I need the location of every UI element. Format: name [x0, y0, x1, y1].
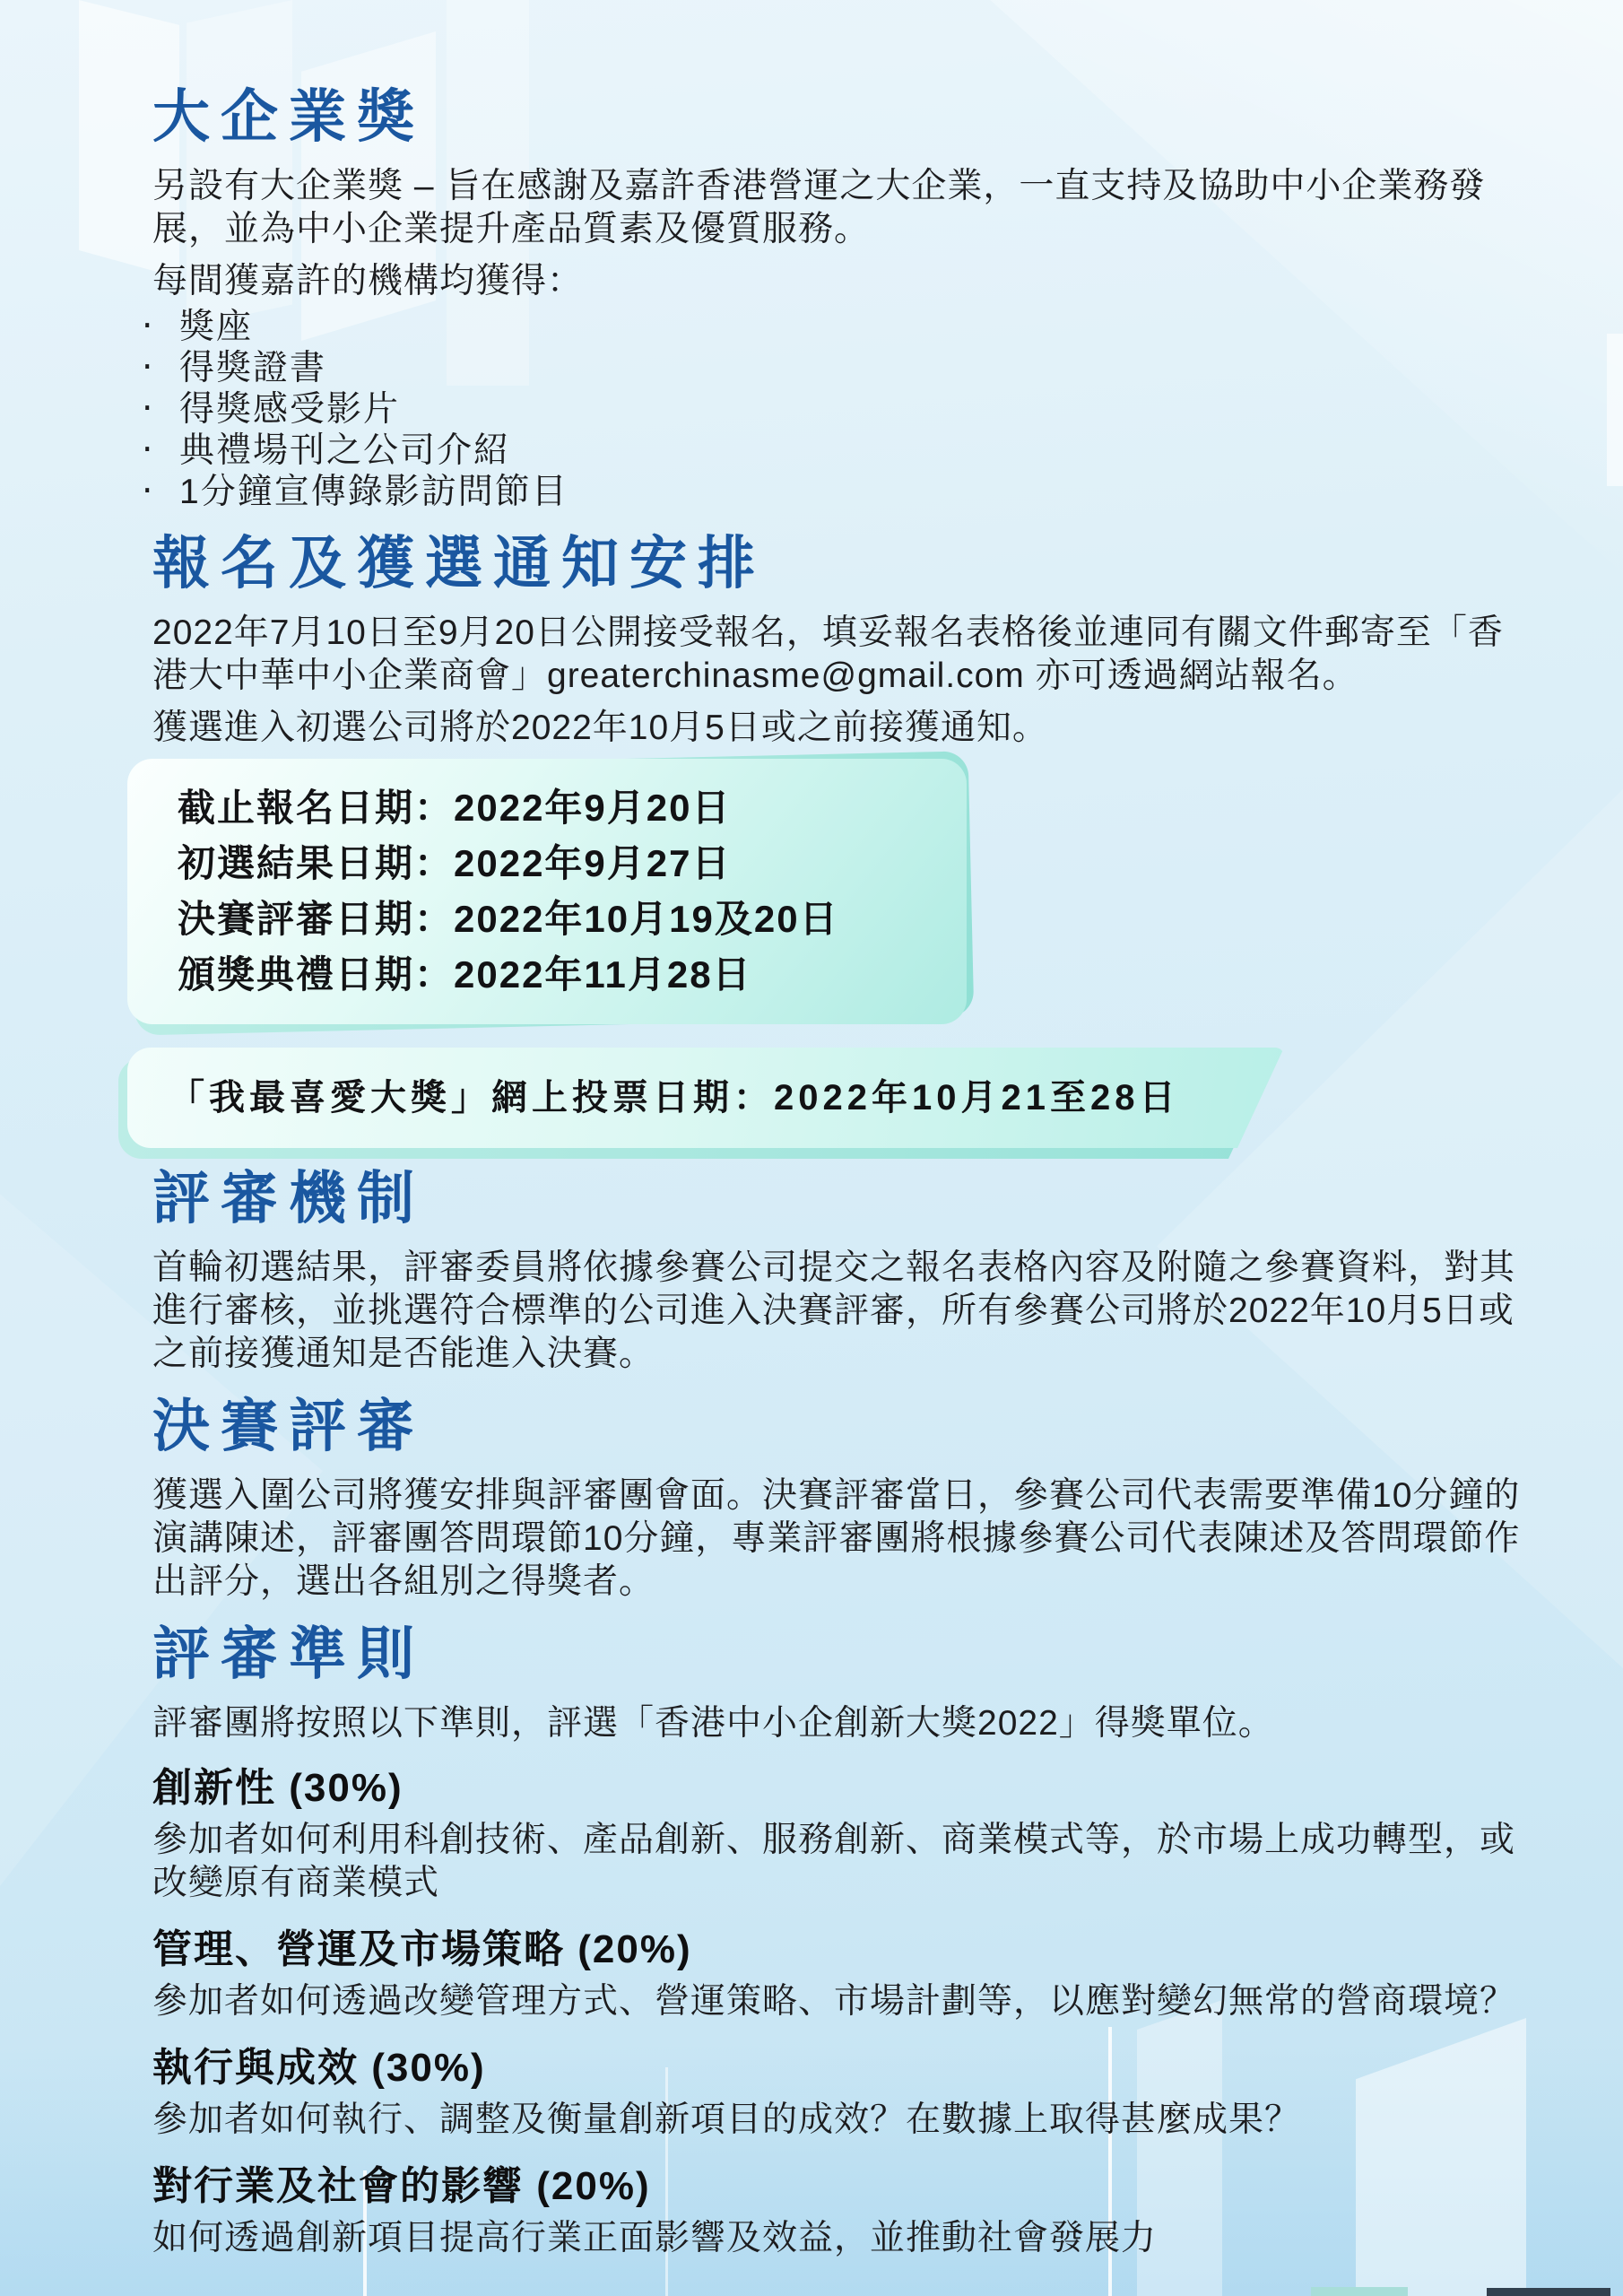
key-date-row: 截止報名日期：2022年9月20日	[178, 780, 967, 836]
key-dates-card: 截止報名日期：2022年9月20日 初選結果日期：2022年9月27日 決賽評審…	[127, 759, 967, 1024]
final-judging-paragraph: 獲選入圍公司將獲安排與評審團會面。決賽評審當日，參賽公司代表需要準備10分鐘的演…	[152, 1474, 1533, 1604]
section-title-large-enterprise-award: 大企業獎	[152, 86, 1533, 149]
benefit-item: 1分鐘宣傳錄影訪問節目	[140, 472, 1533, 513]
application-paragraph-1: 2022年7月10日至9月20日公開接受報名，填妥報名表格後並連同有關文件郵寄至…	[152, 612, 1533, 698]
benefit-item: 獎座	[140, 307, 1533, 348]
benefits-list-intro: 每間獲嘉許的機構均獲得：	[152, 260, 1533, 303]
criterion-industry-social-impact: 對行業及社會的影響 (20%) 如何透過創新項目提高行業正面影響及效益，並推動社…	[152, 2165, 1533, 2260]
flyer-content: 大企業獎 另設有大企業獎 – 旨在感謝及嘉許香港營運之大企業，一直支持及協助中小…	[0, 0, 1623, 2260]
voting-date-text: 「我最喜愛大獎」網上投票日期：2022年10月21至28日	[169, 1048, 1179, 1148]
benefit-item: 得獎感受影片	[140, 389, 1533, 430]
criterion-innovation: 創新性 (30%) 參加者如何利用科創技術、產品創新、服務創新、商業模式等，於市…	[152, 1767, 1533, 1905]
criterion-heading: 管理、營運及市場策略 (20%)	[152, 1928, 1533, 1971]
voting-date-banner: 「我最喜愛大獎」網上投票日期：2022年10月21至28日	[127, 1048, 1284, 1148]
criteria-intro: 評審團將按照以下準則，評選「香港中小企創新大獎2022」得獎單位。	[152, 1702, 1533, 1745]
benefits-list: 獎座 得獎證書 得獎感受影片 典禮場刊之公司介紹 1分鐘宣傳錄影訪問節目	[140, 307, 1533, 513]
section-title-judging-mechanism: 評審機制	[152, 1168, 1533, 1231]
section-title-application: 報名及獲選通知安排	[152, 533, 1533, 596]
criterion-execution-results: 執行與成效 (30%) 參加者如何執行、調整及衡量創新項目的成效？在數據上取得甚…	[152, 2047, 1533, 2142]
large-enterprise-intro: 另設有大企業獎 – 旨在感謝及嘉許香港營運之大企業，一直支持及協助中小企業務發展…	[152, 165, 1533, 251]
criterion-description: 參加者如何透過改變管理方式、營運策略、市場計劃等，以應對變幻無常的營商環境？	[152, 1980, 1533, 2023]
key-date-row: 決賽評審日期：2022年10月19及20日	[178, 891, 967, 947]
corner-square-teal	[1311, 2287, 1408, 2296]
benefit-item: 得獎證書	[140, 348, 1533, 389]
application-paragraph-2: 獲選進入初選公司將於2022年10月5日或之前接獲通知。	[152, 707, 1533, 750]
criterion-heading: 執行與成效 (30%)	[152, 2047, 1533, 2090]
corner-square-dark	[1487, 2288, 1610, 2296]
benefit-item: 典禮場刊之公司介紹	[140, 430, 1533, 472]
key-date-row: 初選結果日期：2022年9月27日	[178, 836, 967, 891]
criterion-management-strategy: 管理、營運及市場策略 (20%) 參加者如何透過改變管理方式、營運策略、市場計劃…	[152, 1928, 1533, 2023]
key-date-row: 頒獎典禮日期：2022年11月28日	[178, 947, 967, 1003]
criterion-heading: 創新性 (30%)	[152, 1767, 1533, 1810]
criterion-description: 如何透過創新項目提高行業正面影響及效益，並推動社會發展力	[152, 2217, 1533, 2260]
flyer-page: 大企業獎 另設有大企業獎 – 旨在感謝及嘉許香港營運之大企業，一直支持及協助中小…	[0, 0, 1623, 2296]
judging-mechanism-paragraph: 首輪初選結果，評審委員將依據參賽公司提交之報名表格內容及附隨之參賽資料，對其進行…	[152, 1247, 1533, 1376]
criterion-description: 參加者如何執行、調整及衡量創新項目的成效？在數據上取得甚麼成果？	[152, 2099, 1533, 2142]
criterion-heading: 對行業及社會的影響 (20%)	[152, 2165, 1533, 2208]
section-title-judging-criteria: 評審準則	[152, 1623, 1533, 1686]
section-title-final-judging: 決賽評審	[152, 1396, 1533, 1458]
criterion-description: 參加者如何利用科創技術、產品創新、服務創新、商業模式等，於市場上成功轉型，或改變…	[152, 1819, 1533, 1905]
